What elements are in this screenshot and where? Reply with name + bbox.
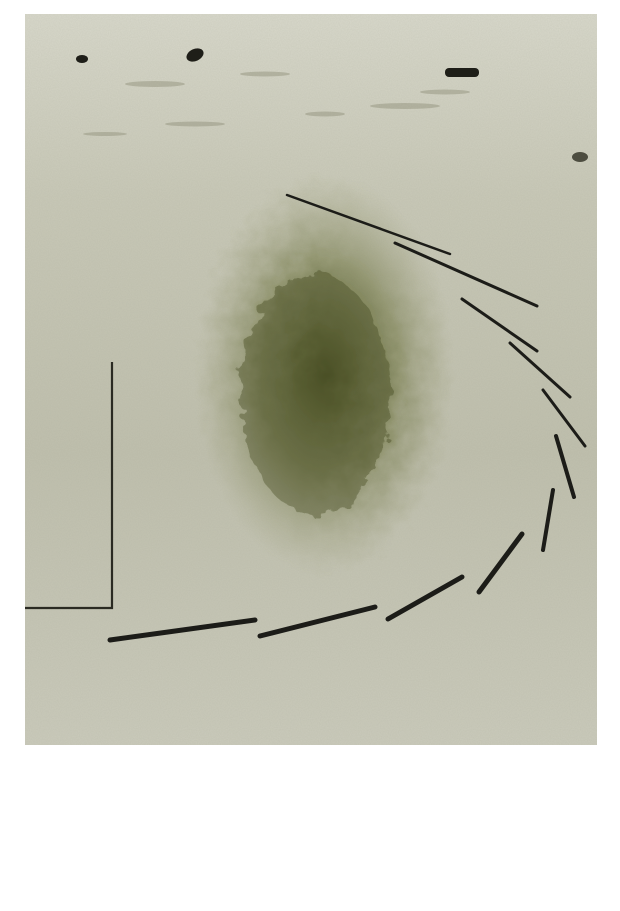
photograph — [25, 14, 597, 745]
dark-stain-core — [240, 274, 390, 514]
